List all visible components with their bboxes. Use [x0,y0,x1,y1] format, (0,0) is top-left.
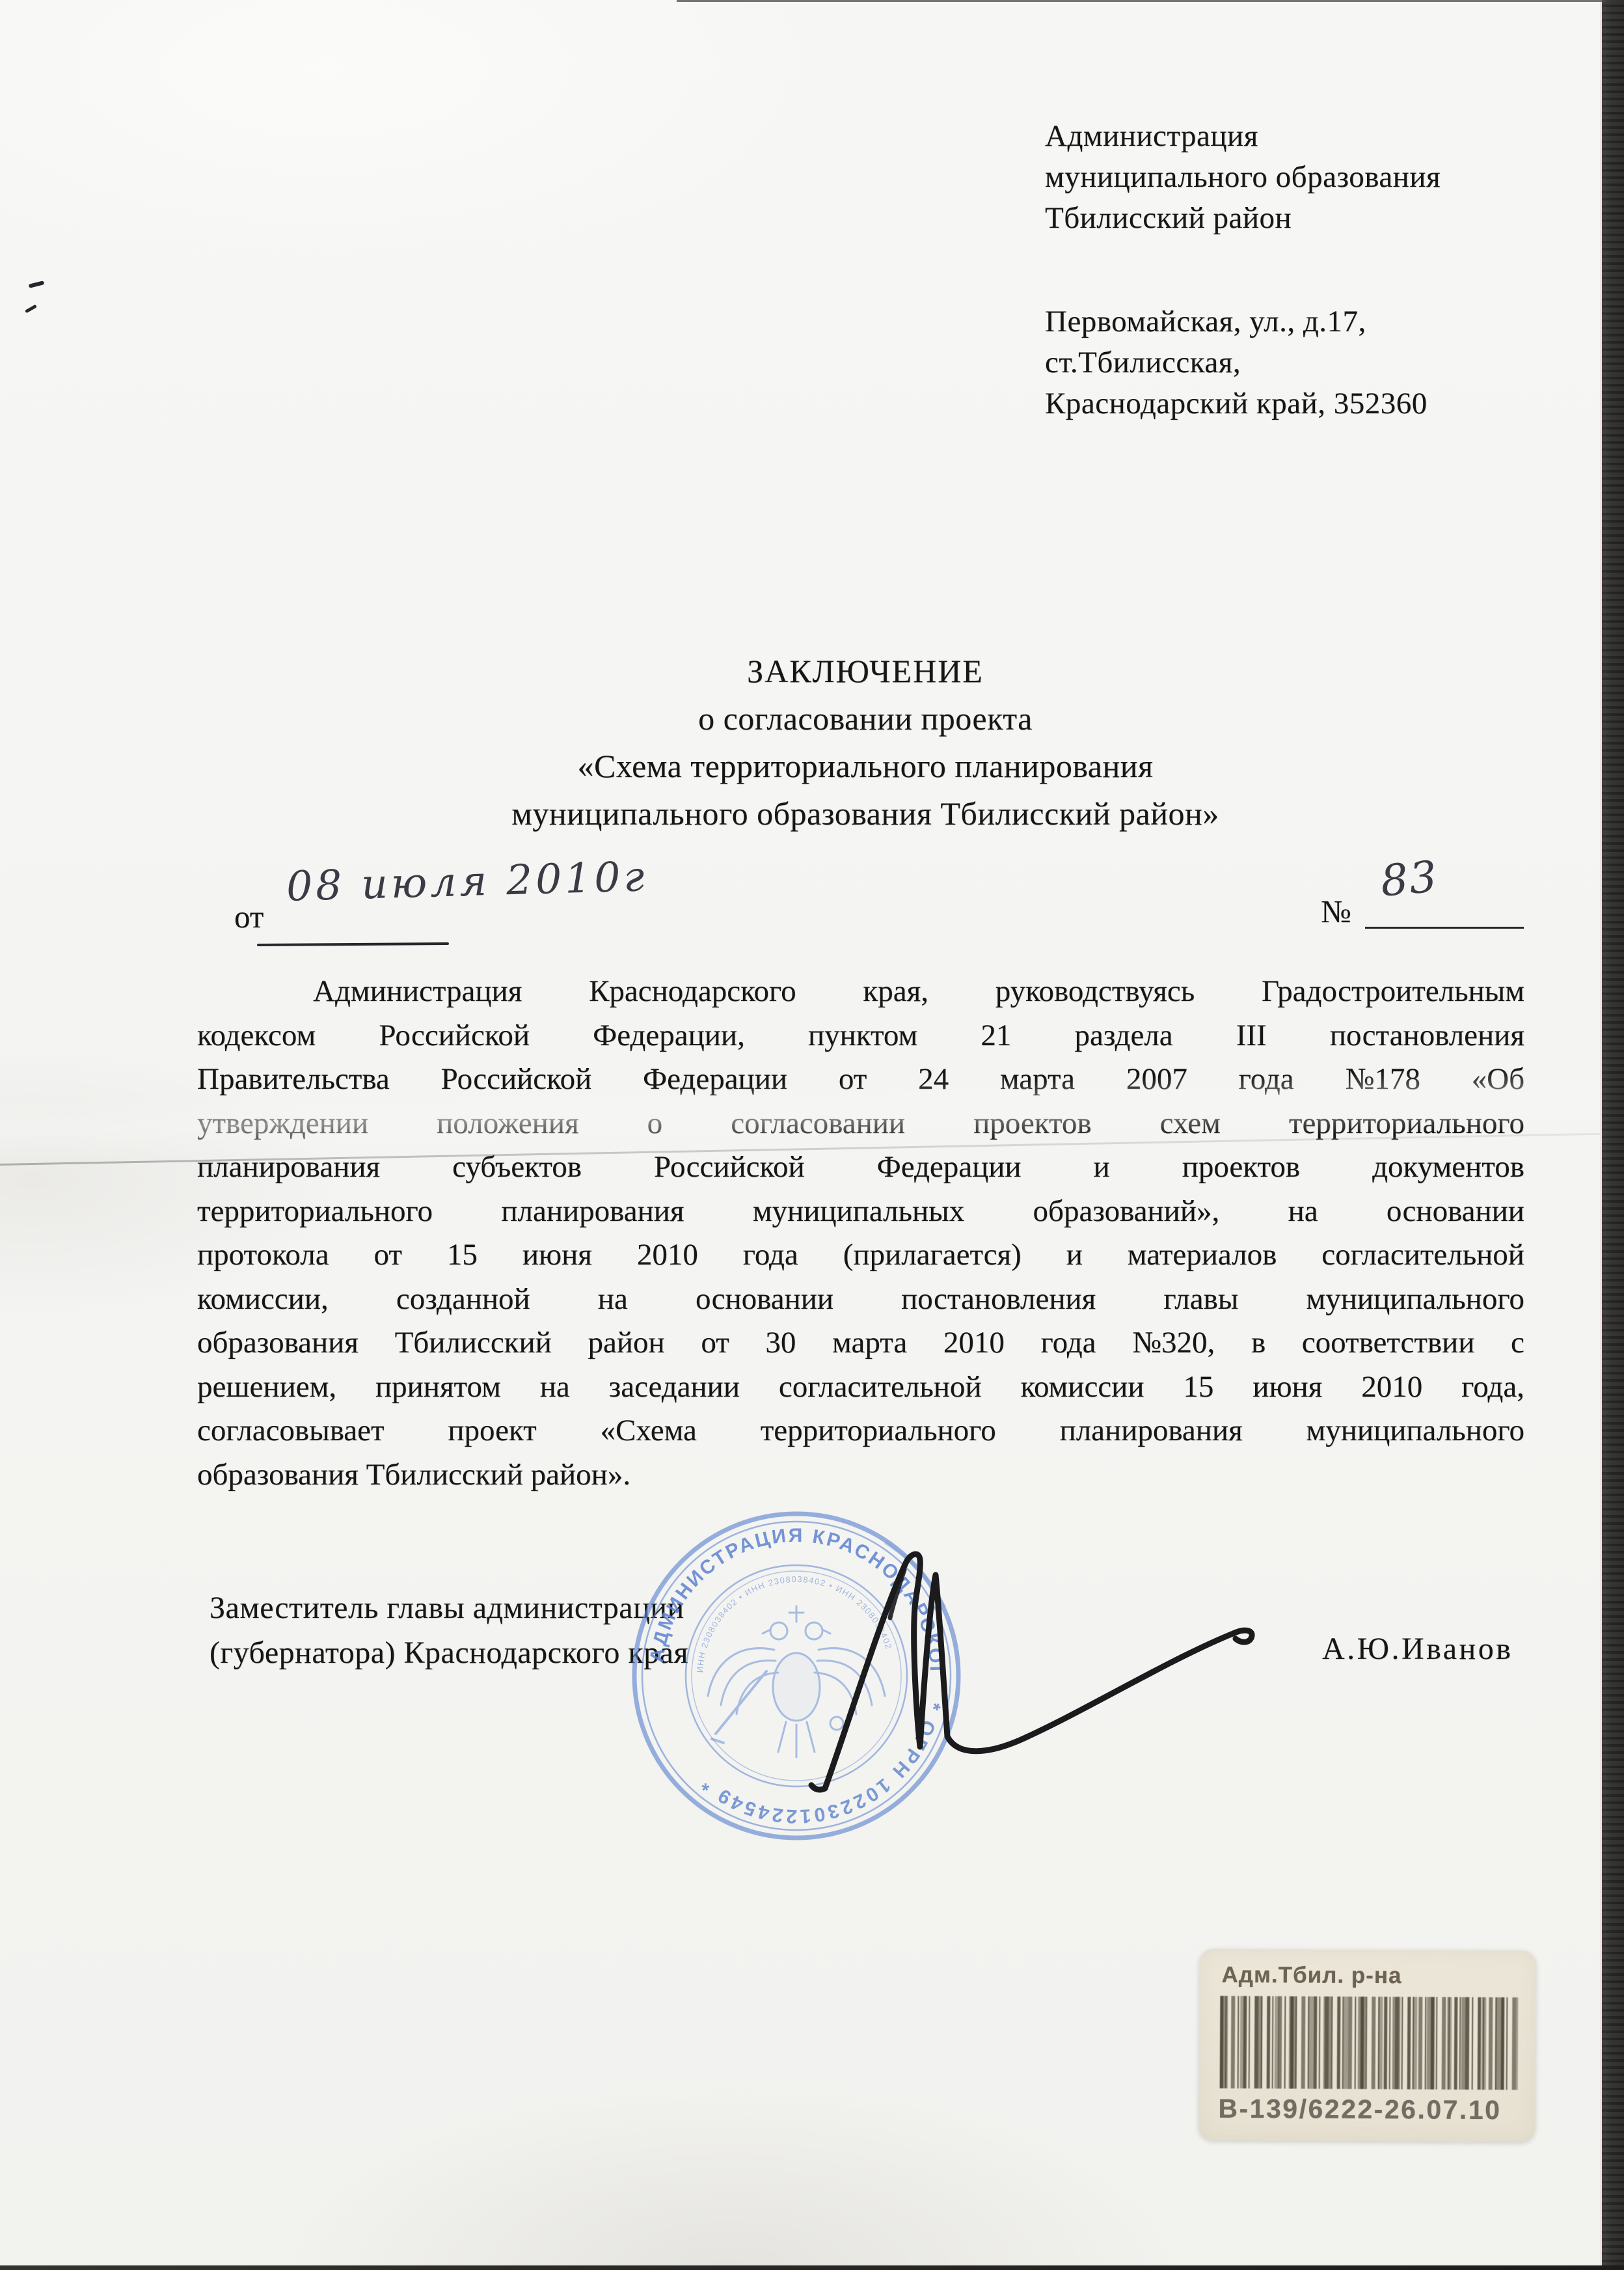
ink-mark [29,280,45,288]
body-line: образования Тбилисский район». [197,1457,1524,1501]
date-from-label: от [234,898,264,935]
date-underline [257,942,449,946]
title-line: ЗАКЛЮЧЕНИЕ [107,648,1624,695]
body-line: кодексомРоссийскойФедерации,пунктом21раз… [197,1018,1524,1062]
sticker-label: Адм.Тбил. р-на [1221,1962,1401,1989]
number-label: № [1321,893,1351,930]
body-line: согласовываетпроект«Схематерриториальног… [197,1413,1524,1457]
body-line: комиссии,созданнойнаоснованиипостановлен… [197,1281,1524,1326]
body-line: АдминистрацияКраснодарскогокрая,руководс… [197,974,1524,1018]
sticker-code: В-139/6222-26.07.10 [1218,2094,1501,2126]
title-line: «Схема территориального планирования [107,743,1624,790]
title-line: о согласовании проекта [107,695,1624,743]
registration-sticker: Адм.Тбил. р-на В-139/6222-26.07.10 [1198,1949,1536,2142]
body-line: территориальногопланированиямуниципальны… [197,1194,1524,1238]
signer-name: А.Ю.Иванов [1322,1631,1513,1667]
body-line: решением,принятомназаседаниисогласительн… [197,1369,1524,1414]
scanner-edge-strip [1600,0,1624,2270]
recipient-org-line: Тбилисский район [1045,198,1513,239]
scanner-bottom-edge [0,2265,1624,2270]
handwritten-date: 08 июля 2010г [286,853,648,910]
body-line: ПравительстваРоссийскойФедерацииот24март… [197,1061,1524,1106]
body-line: образованияТбилисскийрайонот30марта2010г… [197,1325,1524,1369]
ink-mark [25,305,37,314]
body-line: утвержденииположенияосогласованиипроекто… [197,1106,1524,1150]
handwritten-number: 83 [1379,851,1440,906]
scanned-document-page: Администрация муниципального образования… [0,0,1624,2270]
body-line: протоколаот15июня2010года(прилагается)им… [197,1237,1524,1281]
recipient-org-line: Администрация [1045,116,1513,157]
number-underline [1365,927,1524,929]
title-line: муниципального образования Тбилисский ра… [107,790,1624,838]
recipient-org-line: муниципального образования [1045,157,1513,198]
body-paragraph: АдминистрацияКраснодарскогокрая,руководс… [197,974,1524,1501]
recipient-gap [1045,239,1513,301]
recipient-address-line: Краснодарский край, 352360 [1045,383,1513,424]
recipient-block: Администрация муниципального образования… [1045,116,1513,424]
scanner-top-edge [677,0,1606,2]
barcode [1220,1996,1519,2090]
document-title: ЗАКЛЮЧЕНИЕ о согласовании проекта «Схема… [107,648,1624,838]
recipient-address-line: ст.Тбилисская, [1045,342,1513,383]
recipient-address-line: Первомайская, ул., д.17, [1045,301,1513,342]
handwritten-signature [794,1529,1275,1809]
